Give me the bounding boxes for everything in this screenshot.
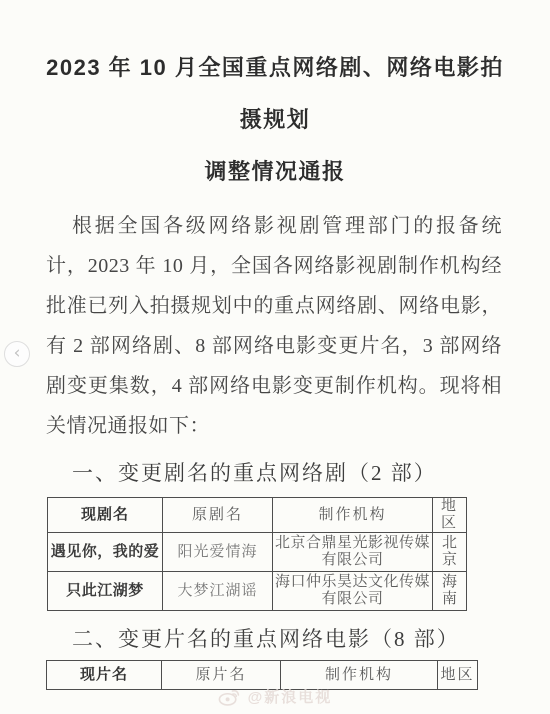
document-title: 2023 年 10 月全国重点网络剧、网络电影拍摄规划调整情况通报	[0, 42, 550, 198]
table-cell: 海南	[433, 572, 467, 611]
body-text-line: 批准已列入拍摄规划中的重点网络剧、网络电影，	[46, 286, 502, 326]
table-header-row: 现剧名原剧名制作机构地区	[48, 498, 467, 533]
column-header: 地区	[433, 498, 467, 533]
chevron-left-icon: ‹	[14, 345, 21, 362]
watermark: @新浪电视	[0, 685, 550, 707]
column-header: 制作机构	[273, 498, 433, 533]
watermark-handle: @新浪电视	[248, 686, 333, 707]
title-line: 调整情况通报	[0, 146, 550, 198]
table-cell: 只此江湖梦	[48, 572, 163, 611]
document-page: 2023 年 10 月全国重点网络剧、网络电影拍摄规划调整情况通报 根据全国各级…	[0, 0, 550, 714]
title-line: 摄规划	[0, 94, 550, 146]
table-cell: 阳光爱情海	[163, 533, 273, 572]
table-row: 遇见你，我的爱阳光爱情海北京合鼎星光影视传媒有限公司北京	[48, 533, 467, 572]
table-row: 只此江湖梦大梦江湖谣海口仲乐昊达文化传媒有限公司海南	[48, 572, 467, 611]
table-cell: 北京合鼎星光影视传媒有限公司	[273, 533, 433, 572]
table-cell: 大梦江湖谣	[163, 572, 273, 611]
table-cell: 遇见你，我的爱	[48, 533, 163, 572]
body-paragraph: 根据全国各级网络影视剧管理部门的报备统计，2023 年 10 月，全国各网络影视…	[46, 206, 502, 446]
body-text-line: 剧变更集数，4 部网络电影变更制作机构。现将相	[46, 366, 502, 406]
drama-rename-table: 现剧名原剧名制作机构地区遇见你，我的爱阳光爱情海北京合鼎星光影视传媒有限公司北京…	[47, 497, 467, 611]
table-cell: 北京	[433, 533, 467, 572]
title-line: 2023 年 10 月全国重点网络剧、网络电影拍	[0, 42, 550, 94]
column-header: 现剧名	[48, 498, 163, 533]
body-text-line: 根据全国各级网络影视剧管理部门的报备统	[46, 206, 502, 246]
body-text-line: 有 2 部网络剧、8 部网络电影变更片名，3 部网络	[46, 326, 502, 366]
body-text-line: 关情况通报如下：	[46, 406, 502, 446]
section-heading-1: 一、变更剧名的重点网络剧（2 部）	[72, 458, 550, 488]
body-text-line: 计，2023 年 10 月，全国各网络影视剧制作机构经	[46, 246, 502, 286]
section-heading-2: 二、变更片名的重点网络电影（8 部）	[72, 624, 550, 654]
weibo-icon	[218, 687, 241, 706]
carousel-prev-button[interactable]: ‹	[4, 341, 30, 367]
column-header: 原剧名	[163, 498, 273, 533]
table-cell: 海口仲乐昊达文化传媒有限公司	[273, 572, 433, 611]
